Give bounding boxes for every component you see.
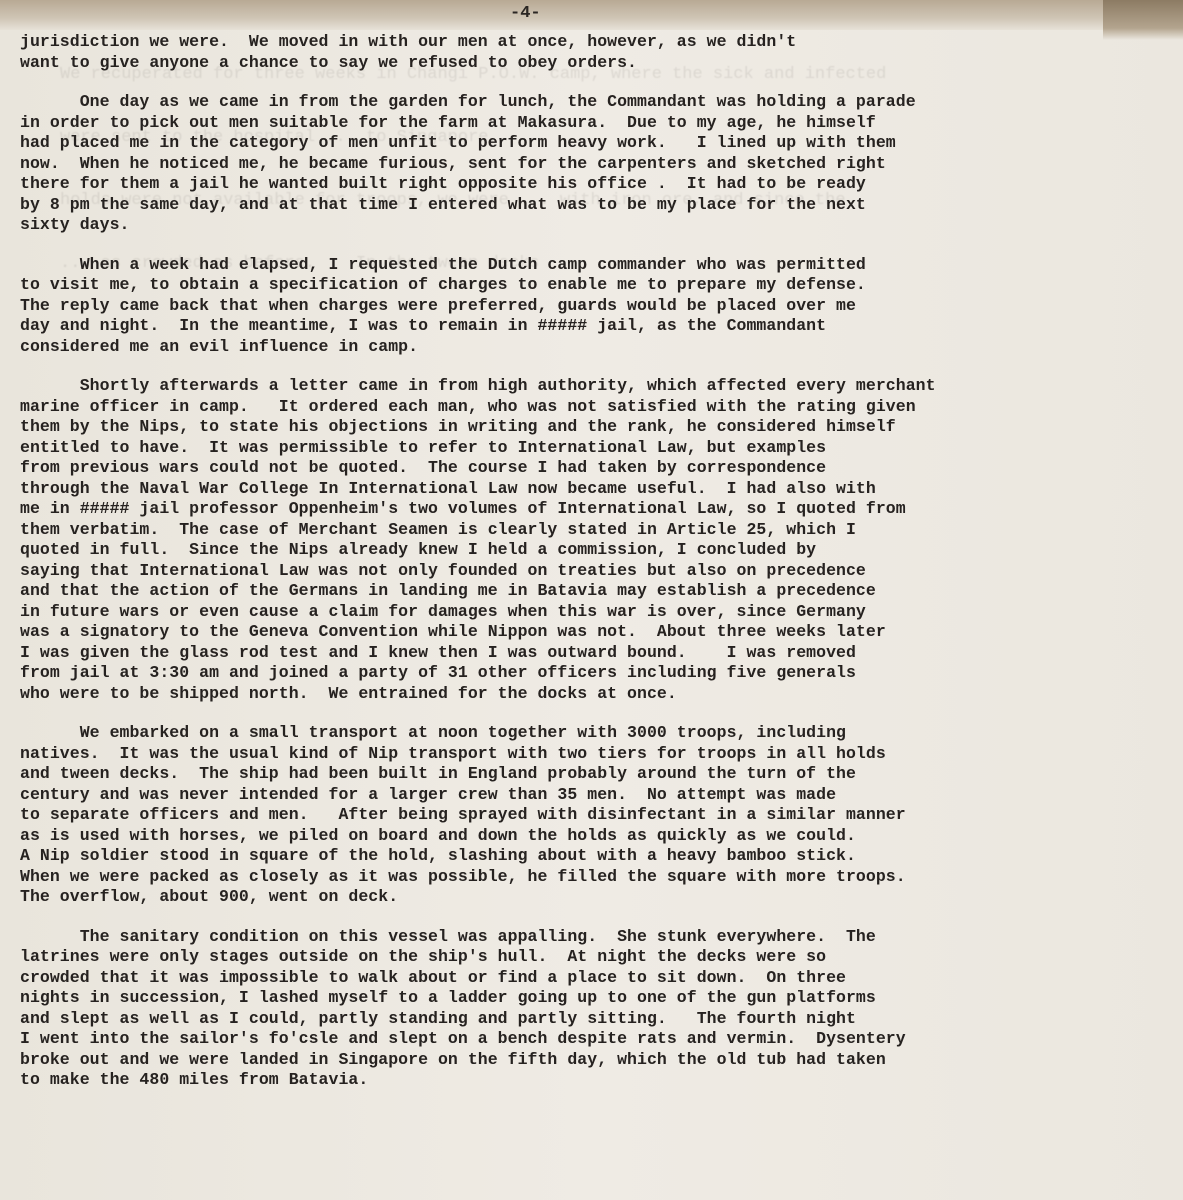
text-line: considered me an evil influence in camp. <box>20 337 1180 358</box>
text-line: entitled to have. It was permissible to … <box>20 438 1180 459</box>
text-line: had placed me in the category of men unf… <box>20 133 1180 154</box>
text-line: to separate officers and men. After bein… <box>20 805 1180 826</box>
text-line: We embarked on a small transport at noon… <box>20 723 1180 744</box>
text-line: crowded that it was impossible to walk a… <box>20 968 1180 989</box>
text-line: saying that International Law was not on… <box>20 561 1180 582</box>
page-number: -4- <box>510 4 541 23</box>
text-line: Shortly afterwards a letter came in from… <box>20 376 1180 397</box>
text-line: When a week had elapsed, I requested the… <box>20 255 1180 276</box>
text-line: there for them a jail he wanted built ri… <box>20 174 1180 195</box>
text-line: was a signatory to the Geneva Convention… <box>20 622 1180 643</box>
text-line: When we were packed as closely as it was… <box>20 867 1180 888</box>
text-line: from previous wars could not be quoted. … <box>20 458 1180 479</box>
text-line: The reply came back that when charges we… <box>20 296 1180 317</box>
text-line: and that the action of the Germans in la… <box>20 581 1180 602</box>
text-line: and slept as well as I could, partly sta… <box>20 1009 1180 1030</box>
text-line: by 8 pm the same day, and at that time I… <box>20 195 1180 216</box>
text-line: and tween decks. The ship had been built… <box>20 764 1180 785</box>
paragraph-p3: When a week had elapsed, I requested the… <box>20 255 1180 358</box>
text-line: marine officer in camp. It ordered each … <box>20 397 1180 418</box>
text-line: sixty days. <box>20 215 1180 236</box>
text-line: nights in succession, I lashed myself to… <box>20 988 1180 1009</box>
text-line: from jail at 3:30 am and joined a party … <box>20 663 1180 684</box>
text-line: in future wars or even cause a claim for… <box>20 602 1180 623</box>
text-line: century and was never intended for a lar… <box>20 785 1180 806</box>
text-line: who were to be shipped north. We entrain… <box>20 684 1180 705</box>
text-line: day and night. In the meantime, I was to… <box>20 316 1180 337</box>
text-line: to make the 480 miles from Batavia. <box>20 1070 1180 1091</box>
paragraph-p5: We embarked on a small transport at noon… <box>20 723 1180 908</box>
text-line: I went into the sailor's fo'csle and sle… <box>20 1029 1180 1050</box>
text-line: natives. It was the usual kind of Nip tr… <box>20 744 1180 765</box>
text-line: me in ##### jail professor Oppenheim's t… <box>20 499 1180 520</box>
text-line: The overflow, about 900, went on deck. <box>20 887 1180 908</box>
text-line: A Nip soldier stood in square of the hol… <box>20 846 1180 867</box>
text-line: in order to pick out men suitable for th… <box>20 113 1180 134</box>
paragraph-p4: Shortly afterwards a letter came in from… <box>20 376 1180 704</box>
text-line: latrines were only stages outside on the… <box>20 947 1180 968</box>
paragraph-p2: One day as we came in from the garden fo… <box>20 92 1180 236</box>
text-line: I was given the glass rod test and I kne… <box>20 643 1180 664</box>
text-line: to visit me, to obtain a specification o… <box>20 275 1180 296</box>
text-line: want to give anyone a chance to say we r… <box>20 53 1180 74</box>
typewritten-body: jurisdiction we were. We moved in with o… <box>20 32 1180 1110</box>
paragraph-p1: jurisdiction we were. We moved in with o… <box>20 32 1180 73</box>
text-line: them verbatim. The case of Merchant Seam… <box>20 520 1180 541</box>
paragraph-p6: The sanitary condition on this vessel wa… <box>20 927 1180 1091</box>
text-line: them by the Nips, to state his objection… <box>20 417 1180 438</box>
text-line: quoted in full. Since the Nips already k… <box>20 540 1180 561</box>
text-line: broke out and we were landed in Singapor… <box>20 1050 1180 1071</box>
text-line: One day as we came in from the garden fo… <box>20 92 1180 113</box>
text-line: The sanitary condition on this vessel wa… <box>20 927 1180 948</box>
text-line: as is used with horses, we piled on boar… <box>20 826 1180 847</box>
text-line: jurisdiction we were. We moved in with o… <box>20 32 1180 53</box>
text-line: now. When he noticed me, he became furio… <box>20 154 1180 175</box>
text-line: through the Naval War College In Interna… <box>20 479 1180 500</box>
